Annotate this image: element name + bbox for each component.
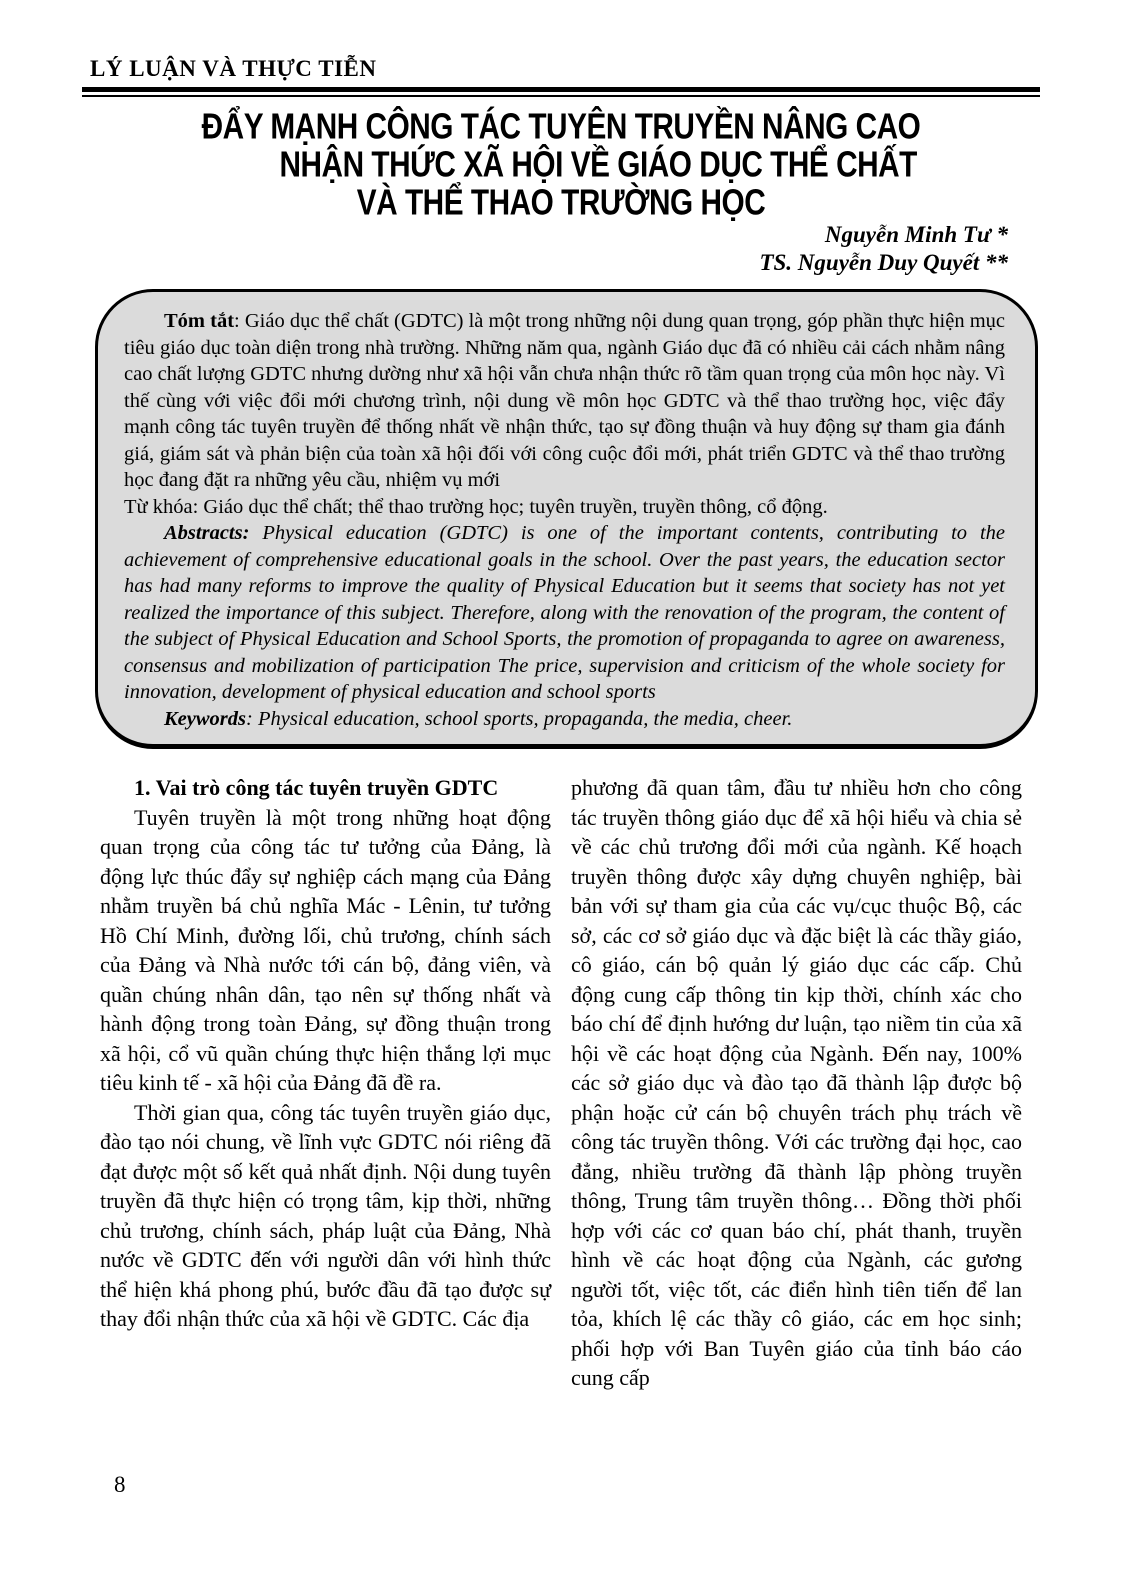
article-title-line-3: VÀ THỂ THAO TRƯỜNG HỌC (116, 183, 1007, 221)
article-body: 1. Vai trò công tác tuyên truyền GDTC Tu… (82, 773, 1040, 1393)
keywords-vietnamese: Từ khóa: Giáo dục thể chất; thể thao trư… (124, 494, 1005, 521)
keywords-english-label: Keywords (164, 708, 246, 730)
header-rule-thick (82, 87, 1040, 92)
left-column: 1. Vai trò công tác tuyên truyền GDTC Tu… (100, 773, 551, 1393)
journal-header: LÝ LUẬN VÀ THỰC TIỄN (82, 56, 1040, 97)
section-1-heading: 1. Vai trò công tác tuyên truyền GDTC (100, 773, 551, 803)
body-paragraph: Thời gian qua, công tác tuyên truyền giá… (100, 1098, 551, 1334)
header-rule-thin (82, 95, 1040, 97)
page-number: 8 (114, 1472, 126, 1498)
section-label: LÝ LUẬN VÀ THỰC TIỄN (82, 56, 1040, 82)
abstract-english: Abstracts: Physical education (GDTC) is … (124, 520, 1005, 706)
body-paragraph: phương đã quan tâm, đầu tư nhiều hơn cho… (571, 773, 1022, 1393)
abstract-english-text: Physical education (GDTC) is one of the … (124, 522, 1005, 703)
body-paragraph: Tuyên truyền là một trong những hoạt độn… (100, 803, 551, 1098)
article-title-line-2: NHẬN THỨC XÃ HỘI VỀ GIÁO DỤC THỂ CHẤT (116, 145, 1007, 183)
abstract-english-label: Abstracts: (164, 522, 249, 544)
keywords-english-text: : Physical education, school sports, pro… (246, 708, 792, 730)
article-title-line-1: ĐẨY MẠNH CÔNG TÁC TUYÊN TRUYỀN NÂNG CAO (116, 107, 1007, 145)
abstract-vietnamese-label: Tóm tắt (164, 310, 234, 332)
abstract-box: Tóm tắt: Giáo dục thể chất (GDTC) là một… (95, 289, 1038, 749)
author-2: TS. Nguyễn Duy Quyết ** (82, 249, 1008, 277)
journal-page: LÝ LUẬN VÀ THỰC TIỄN ĐẨY MẠNH CÔNG TÁC T… (0, 0, 1122, 1594)
article-title: ĐẨY MẠNH CÔNG TÁC TUYÊN TRUYỀN NÂNG CAO … (116, 107, 1007, 221)
keywords-english: Keywords: Physical education, school spo… (124, 706, 1005, 733)
abstract-vietnamese: Tóm tắt: Giáo dục thể chất (GDTC) là một… (124, 308, 1005, 494)
abstract-vietnamese-text: : Giáo dục thể chất (GDTC) là một trong … (124, 310, 1005, 491)
author-1: Nguyễn Minh Tư * (82, 221, 1008, 249)
right-column: phương đã quan tâm, đầu tư nhiều hơn cho… (571, 773, 1022, 1393)
author-block: Nguyễn Minh Tư * TS. Nguyễn Duy Quyết ** (82, 221, 1040, 277)
